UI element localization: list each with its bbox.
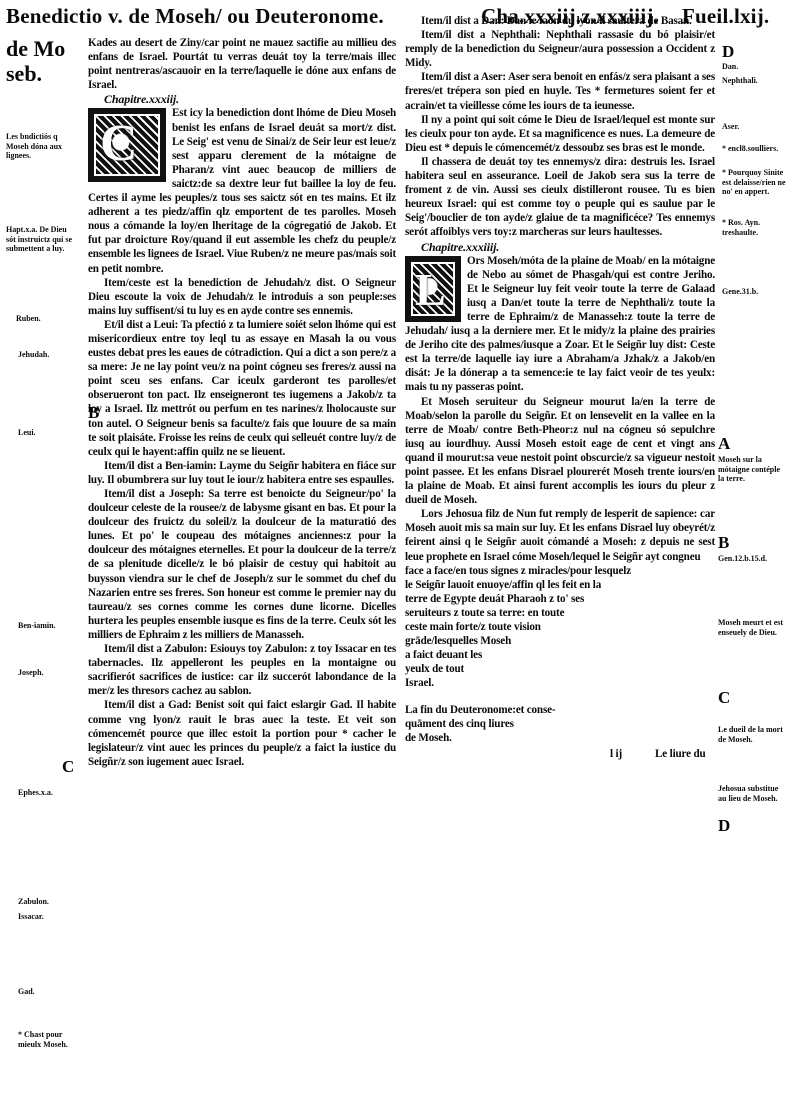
margin-letter-d: D bbox=[722, 42, 734, 62]
paragraph: Lors Jehosua filz de Nun fut remply de l… bbox=[405, 507, 715, 563]
tail-piece: face a face/en tous signes z miracles/po… bbox=[405, 564, 715, 691]
paragraph: Item/il dist a Ben-iamin: Layme du Seigñ… bbox=[88, 459, 396, 487]
paragraph: Et Moseh seruiteur du Seigneur mourut la… bbox=[405, 395, 715, 508]
paragraph: Item/il dist a Aser: Aser sera benoit en… bbox=[405, 70, 715, 112]
colophon: La fin du Deuteronome:et conse- quāment … bbox=[405, 703, 715, 745]
colophon-line: de Moseh. bbox=[405, 731, 715, 745]
margin-letter-c: C bbox=[718, 688, 730, 708]
colophon-line: quāment des cinq liures bbox=[405, 717, 715, 731]
colophon-line: La fin du Deuteronome:et conse- bbox=[405, 703, 715, 717]
margin-note: Jehosua substitue au lieu de Moseh. bbox=[718, 784, 788, 803]
paragraph: Item/il dist a Zabulon: Esiouys toy Zabu… bbox=[88, 642, 396, 698]
left-column: Kades au desert de Ziny/car point ne mau… bbox=[88, 36, 396, 769]
margin-note: Hapt.x.a. De Dieu sót instruictz qui se … bbox=[6, 225, 76, 254]
margin-note: * Ros. Ayn. treshaulte. bbox=[722, 218, 788, 237]
margin-note: Jehudah. bbox=[18, 350, 78, 360]
chapter-heading: Chapitre.xxxiij. bbox=[88, 92, 396, 106]
margin-note: * encl8.soulliers. bbox=[722, 144, 788, 154]
tail-line: ceste main forte/z toute vision bbox=[405, 620, 715, 634]
paragraph: Item/il dist a Gad: Benist soit qui faic… bbox=[88, 698, 396, 768]
margin-note: Le dueil de la mort de Moseh. bbox=[718, 725, 788, 744]
tail-line: face a face/en tous signes z miracles/po… bbox=[405, 564, 715, 578]
margin-note: Gene.31.b. bbox=[722, 287, 788, 297]
margin-note: Les bndictiós q Moseh dóna aux lignees. bbox=[6, 132, 76, 161]
signature-mark: l ij bbox=[610, 747, 622, 761]
illuminated-initial-c: C bbox=[88, 108, 166, 182]
margin-note: Dan. bbox=[722, 62, 788, 72]
tail-line: a faict deuant les bbox=[405, 648, 715, 662]
margin-letter-b: B bbox=[718, 533, 729, 553]
tail-line: yeulx de tout bbox=[405, 662, 715, 676]
chapter-heading: Chapitre.xxxiiij. bbox=[405, 240, 715, 254]
margin-note: Joseph. bbox=[18, 668, 78, 678]
header-title-left: Benedictio v. de Moseh/ ou Deuteronome. bbox=[6, 4, 384, 29]
margin-note: Issacar. bbox=[18, 912, 78, 922]
margin-note: Leui. bbox=[18, 428, 78, 438]
margin-note: Moseh sur la mótaigne contéple la terre. bbox=[718, 455, 788, 484]
margin-note: Ruben. bbox=[16, 314, 76, 324]
paragraph: Il chassera de deuát toy tes ennemys/z d… bbox=[405, 155, 715, 240]
margin-letter-c: C bbox=[62, 757, 74, 777]
tail-line: terre de Egypte deuát Pharaoh z to' ses bbox=[405, 592, 715, 606]
margin-note: * Pourquoy Sinite est delaisse/rien ne n… bbox=[722, 168, 788, 197]
margin-note: * Chast pour mieulx Moseh. bbox=[18, 1030, 78, 1049]
catchword: Le liure du bbox=[655, 747, 706, 761]
margin-note: Nephthali. bbox=[722, 76, 788, 86]
margin-note: Ben-iamin. bbox=[18, 621, 78, 631]
margin-letter-d: D bbox=[718, 816, 730, 836]
paragraph: Et/il dist a Leui: Ta pfectió z ta lumie… bbox=[88, 318, 396, 459]
illuminated-initial-l: L bbox=[405, 256, 461, 322]
tail-line: Israel. bbox=[405, 676, 715, 690]
right-column: Item/il dist a Dan: Dan le faon du lyon/… bbox=[405, 14, 715, 763]
margin-note: Moseh meurt et est enseuely de Dieu. bbox=[718, 618, 788, 637]
intro-paragraph: Kades au desert de Ziny/car point ne mau… bbox=[88, 36, 396, 92]
left-heading: de Mo seb. bbox=[6, 36, 76, 86]
tail-line: seruiteurs z toute sa terre: en toute bbox=[405, 606, 715, 620]
margin-note: Gad. bbox=[18, 987, 78, 997]
margin-note: Zabulon. bbox=[18, 897, 78, 907]
tail-line: le Seigñr lauoit enuoye/affin ql les fei… bbox=[405, 578, 715, 592]
margin-note: Aser. bbox=[722, 122, 788, 132]
tail-line: grāde/lesquelles Moseh bbox=[405, 634, 715, 648]
paragraph: Item/ceste est la benediction de Jehudah… bbox=[88, 276, 396, 318]
paragraph: Item/il dist a Nephthali: Nephthali rass… bbox=[405, 28, 715, 70]
paragraph: Item/il dist a Dan: Dan le faon du lyon/… bbox=[405, 14, 715, 28]
paragraph: Il ny a point qui soit cóme le Dieu de I… bbox=[405, 113, 715, 155]
margin-note: Gen.12.b.15.d. bbox=[718, 554, 788, 564]
margin-letter-a: A bbox=[718, 434, 730, 454]
paragraph: Item/il dist a Joseph: Sa terre est beno… bbox=[88, 487, 396, 642]
margin-note: Ephes.x.a. bbox=[18, 788, 78, 798]
